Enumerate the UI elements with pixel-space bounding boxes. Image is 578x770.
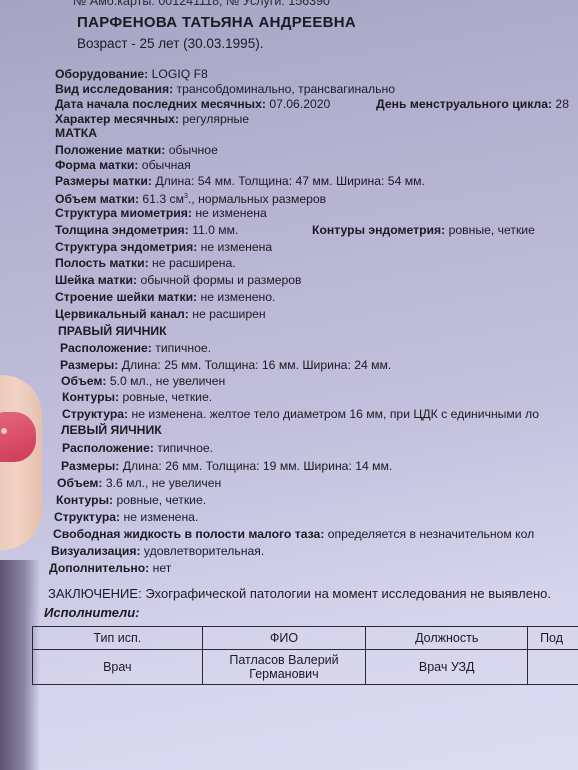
field-endometrium-thickness: Толщина эндометрия: 11.0 мм. — [55, 223, 238, 237]
field-cervix-structure: Строение шейки матки: не изменено. — [55, 290, 275, 304]
conclusion: ЗАКЛЮЧЕНИЕ: Эхографической патологии на … — [48, 587, 551, 601]
performers-table: Тип исп. ФИО Должность Под Врач Патласов… — [32, 626, 578, 685]
field-endometrium-contours: Контуры эндометрия: ровные, четкие — [312, 223, 535, 237]
field-uterus-volume: Объем матки: 61.3 см3., нормальных разме… — [55, 190, 326, 206]
ultrasound-report: № Амб.карты: 001241118; № Услуги: 156390… — [0, 0, 578, 770]
patient-age: Возраст - 25 лет (30.03.1995). — [77, 37, 263, 51]
field-myometrium: Структура миометрия: не изменена — [55, 206, 267, 220]
field-uterus-position: Положение матки: обычное — [55, 143, 218, 157]
patient-name: ПАРФЕНОВА ТАТЬЯНА АНДРЕЕВНА — [77, 16, 356, 30]
column-header: ФИО — [202, 627, 366, 650]
field-cycle-day: День менструального цикла: 28 — [376, 97, 569, 111]
column-header: Должность — [366, 627, 528, 650]
field-left-ovary-volume: Объем: 3.6 мл., не увеличен — [57, 476, 221, 490]
field-equipment: Оборудование: LOGIQ F8 — [55, 67, 208, 81]
field-uterus-sizes: Размеры матки: Длина: 54 мм. Толщина: 47… — [55, 174, 425, 188]
field-left-ovary-structure: Структура: не изменена. — [54, 510, 198, 524]
performers-heading: Исполнители: — [44, 606, 139, 620]
table-header-row: Тип исп. ФИО Должность Под — [33, 627, 578, 650]
field-right-ovary-location: Расположение: типичное. — [60, 341, 211, 355]
cell-name: Патласов Валерий Германович — [202, 650, 366, 685]
field-right-ovary-contours: Контуры: ровные, четкие. — [62, 390, 212, 404]
cell-signature — [528, 650, 578, 685]
section-left-ovary-heading: ЛЕВЫЙ ЯИЧНИК — [61, 423, 162, 437]
record-numbers: № Амб.карты: 001241118; № Услуги: 156390 — [73, 0, 330, 8]
cell-type: Врач — [33, 650, 203, 685]
field-cervical-canal: Цервикальный канал: не расширен — [55, 307, 266, 321]
field-left-ovary-location: Расположение: типичное. — [62, 441, 213, 455]
field-lmp-date: Дата начала последних месячных: 07.06.20… — [55, 97, 330, 111]
column-header: Под — [528, 627, 578, 650]
field-exam-type: Вид исследования: трансобдоминально, тра… — [55, 82, 395, 96]
cell-position: Врач УЗД — [366, 650, 528, 685]
field-right-ovary-volume: Объем: 5.0 мл., не увеличен — [61, 374, 225, 388]
field-uterus-shape: Форма матки: обычная — [55, 158, 191, 172]
field-menses-character: Характер месячных: регулярные — [55, 112, 249, 126]
column-header: Тип исп. — [33, 627, 203, 650]
field-visualization: Визуализация: удовлетворительная. — [51, 544, 264, 558]
section-right-ovary-heading: ПРАВЫЙ ЯИЧНИК — [58, 324, 167, 338]
table-row: Врач Патласов Валерий Германович Врач УЗ… — [33, 650, 578, 685]
field-right-ovary-structure: Структура: не изменена. желтое тело диам… — [62, 407, 539, 421]
field-uterine-cavity: Полость матки: не расширена. — [55, 256, 236, 270]
field-left-ovary-contours: Контуры: ровные, четкие. — [56, 493, 206, 507]
field-cervix: Шейка матки: обычной формы и размеров — [55, 273, 302, 287]
field-free-fluid: Свободная жидкость в полости малого таза… — [53, 527, 534, 541]
field-endometrium-structure: Структура эндометрия: не изменена — [55, 240, 272, 254]
field-left-ovary-sizes: Размеры: Длина: 26 мм. Толщина: 19 мм. Ш… — [61, 459, 392, 473]
field-additional: Дополнительно: нет — [49, 561, 171, 575]
section-uterus-heading: МАТКА — [55, 126, 97, 140]
field-right-ovary-sizes: Размеры: Длина: 25 мм. Толщина: 16 мм. Ш… — [60, 358, 391, 372]
